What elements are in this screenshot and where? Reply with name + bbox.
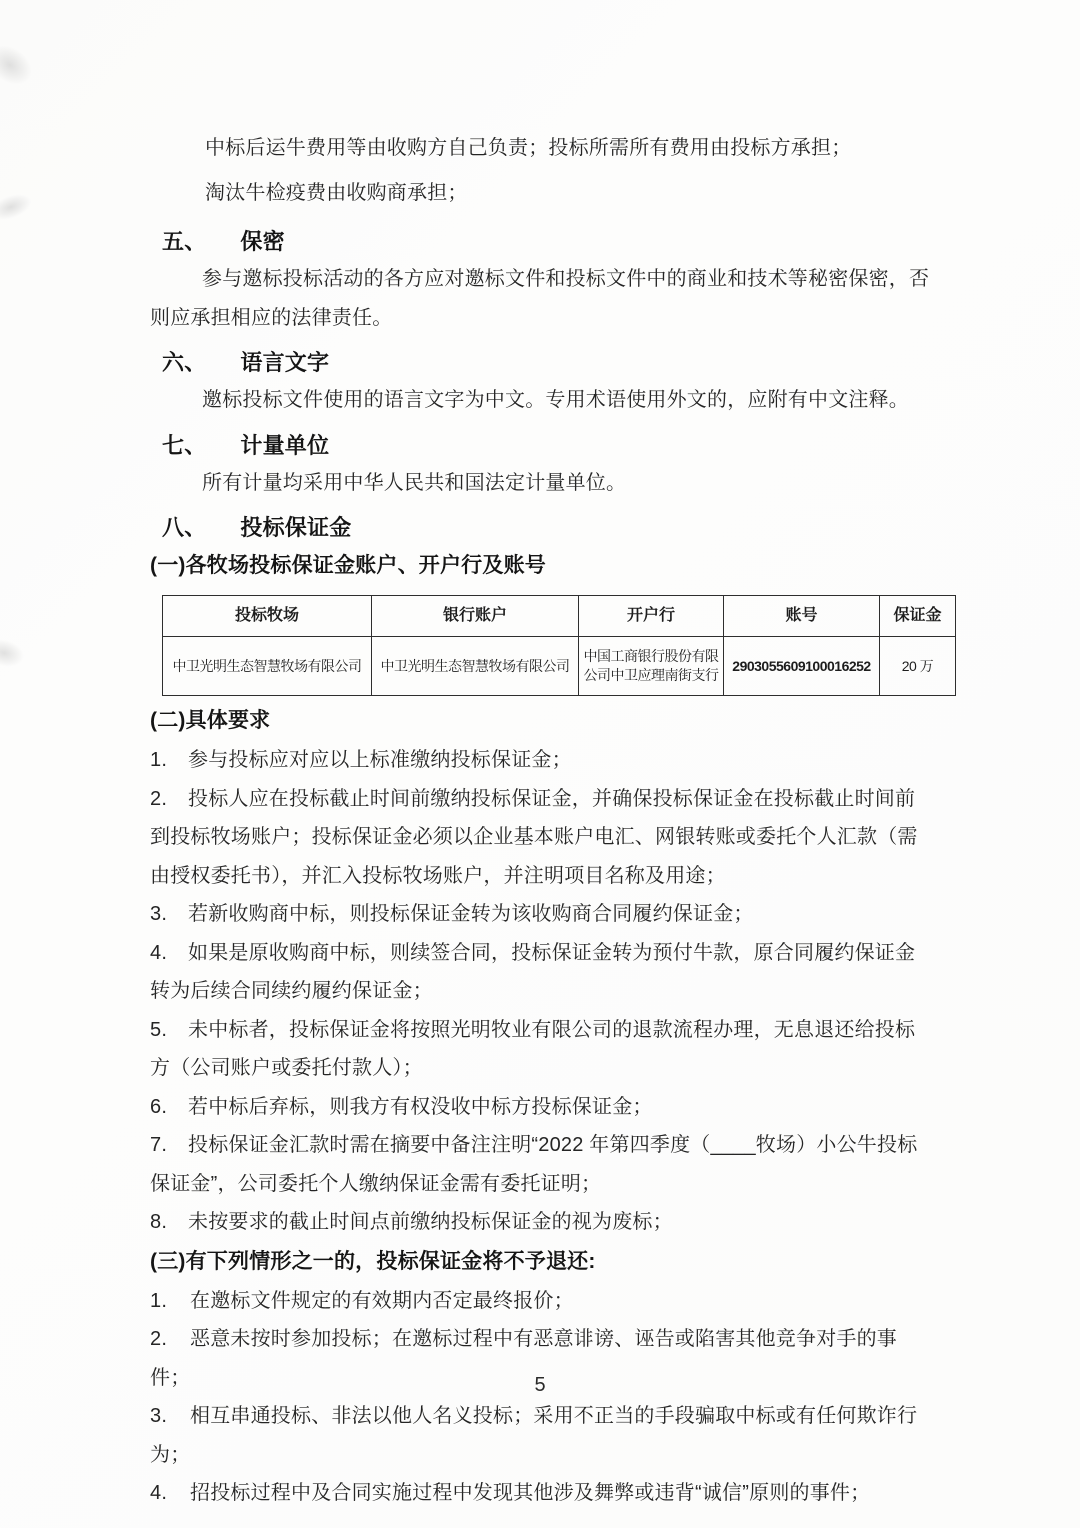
item-text: 参与投标应对应以上标准缴纳投标保证金； [188, 749, 572, 771]
deposit-account-table: 投标牧场 银行账户 开户行 账号 保证金 中卫光明生态智慧牧场有限公司 中卫光明… [162, 595, 956, 696]
list-item: 1.在邀标文件规定的有效期内否定最终报价； [150, 1282, 932, 1321]
item-number: 8. [150, 1203, 188, 1242]
item-text: 如果是原收购商中标，则续签合同，投标保证金转为预付牛款，原合同履约保证金转为后续… [150, 942, 915, 1003]
section-number: 八、 [162, 509, 206, 546]
list-item: 4.如果是原收购商中标，则续签合同，投标保证金转为预付牛款，原合同履约保证金转为… [150, 934, 932, 1011]
item-number: 1. [150, 741, 188, 780]
cell-deposit-amount: 20 万 [880, 637, 956, 696]
item-number: 3. [150, 895, 188, 934]
section-heading-confidentiality: 五、保密 [150, 223, 932, 260]
item-text: 投标保证金汇款时需在摘要中备注注明“2022 年第四季度（____牧场）小公牛投… [150, 1134, 917, 1195]
section-heading-language: 六、语言文字 [150, 344, 932, 381]
scan-artifact [0, 37, 39, 92]
item-text: 若新收购商中标，则投标保证金转为该收购商合同履约保证金； [188, 903, 754, 925]
table-header-cell: 账号 [724, 596, 880, 637]
item-text: 未按要求的截止时间点前缴纳投标保证金的视为废标； [188, 1211, 673, 1233]
table-row: 中卫光明生态智慧牧场有限公司 中卫光明生态智慧牧场有限公司 中国工商银行股份有限… [163, 637, 956, 696]
section-heading-bid-deposit: 八、投标保证金 [150, 509, 932, 546]
list-item: 8.未按要求的截止时间点前缴纳投标保证金的视为废标； [150, 1203, 932, 1242]
list-item: 7.投标保证金汇款时需在摘要中备注注明“2022 年第四季度（____牧场）小公… [150, 1126, 932, 1203]
section-number: 六、 [162, 344, 206, 381]
cell-bank-branch: 中国工商银行股份有限公司中卫应理南街支行 [579, 637, 724, 696]
cell-account-number: 2903055609100016252 [724, 637, 880, 696]
section-title: 计量单位 [240, 427, 329, 464]
scan-artifact [0, 189, 34, 224]
intro-line: 中标后运牛费用等由收购方自己负责；投标所需所有费用由投标方承担； [150, 126, 932, 171]
subsection-heading-accounts: (一)各牧场投标保证金账户、开户行及账号 [150, 546, 932, 586]
item-number: 2. [150, 780, 188, 819]
list-item: 4.招投标过程中及合同实施过程中发现其他涉及舞弊或违背“诚信”原则的事件； [150, 1474, 932, 1513]
subsection-heading-forfeiture: (三)有下列情形之一的，投标保证金将不予退还: [150, 1242, 932, 1282]
section-paragraph: 参与邀标投标活动的各方应对邀标文件和投标文件中的商业和技术等秘密保密，否则应承担… [150, 260, 932, 337]
item-number: 1. [150, 1282, 190, 1321]
section-number: 五、 [162, 223, 206, 260]
table-header-row: 投标牧场 银行账户 开户行 账号 保证金 [163, 596, 956, 637]
item-number: 2. [150, 1320, 190, 1359]
section-paragraph: 所有计量均采用中华人民共和国法定计量单位。 [150, 464, 932, 503]
item-number: 4. [150, 934, 188, 973]
item-text: 未中标者，投标保证金将按照光明牧业有限公司的退款流程办理，无息退还给投标方（公司… [150, 1019, 915, 1080]
page-number: 5 [0, 1374, 1080, 1397]
item-text: 投标人应在投标截止时间前缴纳投标保证金，并确保投标保证金在投标截止时间前到投标牧… [150, 788, 918, 887]
section-title: 保密 [240, 223, 284, 260]
list-item: 5.未中标者，投标保证金将按照光明牧业有限公司的退款流程办理，无息退还给投标方（… [150, 1011, 932, 1088]
list-item: 3.若新收购商中标，则投标保证金转为该收购商合同履约保证金； [150, 895, 932, 934]
section-number: 七、 [162, 427, 206, 464]
item-text: 若中标后弃标，则我方有权没收中标方投标保证金； [188, 1096, 653, 1118]
table-header-cell: 银行账户 [372, 596, 579, 637]
section-paragraph: 邀标投标文件使用的语言文字为中文。专用术语使用外文的，应附有中文注释。 [150, 381, 932, 420]
table-header-cell: 开户行 [579, 596, 724, 637]
list-item: 6.若中标后弃标，则我方有权没收中标方投标保证金； [150, 1088, 932, 1127]
scan-artifact [0, 635, 27, 670]
list-item: 1.参与投标应对应以上标准缴纳投标保证金； [150, 741, 932, 780]
cell-bank-account-name: 中卫光明生态智慧牧场有限公司 [372, 637, 579, 696]
section-title: 语言文字 [240, 344, 329, 381]
document-body: 中标后运牛费用等由收购方自己负责；投标所需所有费用由投标方承担； 淘汰牛检疫费由… [150, 126, 932, 1513]
table-header-cell: 保证金 [880, 596, 956, 637]
table-header-cell: 投标牧场 [163, 596, 372, 637]
cell-farm-name: 中卫光明生态智慧牧场有限公司 [163, 637, 372, 696]
item-text: 招投标过程中及合同实施过程中发现其他涉及舞弊或违背“诚信”原则的事件； [190, 1482, 870, 1504]
item-number: 4. [150, 1474, 190, 1513]
list-item: 2.投标人应在投标截止时间前缴纳投标保证金，并确保投标保证金在投标截止时间前到投… [150, 780, 932, 896]
item-number: 6. [150, 1088, 188, 1127]
list-item: 3.相互串通投标、非法以他人名义投标；采用不正当的手段骗取中标或有任何欺诈行为； [150, 1397, 932, 1474]
item-number: 3. [150, 1397, 190, 1436]
section-heading-units: 七、计量单位 [150, 427, 932, 464]
subsection-heading-requirements: (二)具体要求 [150, 701, 932, 741]
item-number: 5. [150, 1011, 188, 1050]
item-text: 相互串通投标、非法以他人名义投标；采用不正当的手段骗取中标或有任何欺诈行为； [150, 1405, 917, 1466]
item-text: 在邀标文件规定的有效期内否定最终报价； [190, 1290, 574, 1312]
scanned-document-page: 中标后运牛费用等由收购方自己负责；投标所需所有费用由投标方承担； 淘汰牛检疫费由… [0, 0, 1080, 1528]
item-number: 7. [150, 1126, 188, 1165]
intro-line: 淘汰牛检疫费由收购商承担； [150, 171, 932, 216]
section-title: 投标保证金 [240, 509, 351, 546]
